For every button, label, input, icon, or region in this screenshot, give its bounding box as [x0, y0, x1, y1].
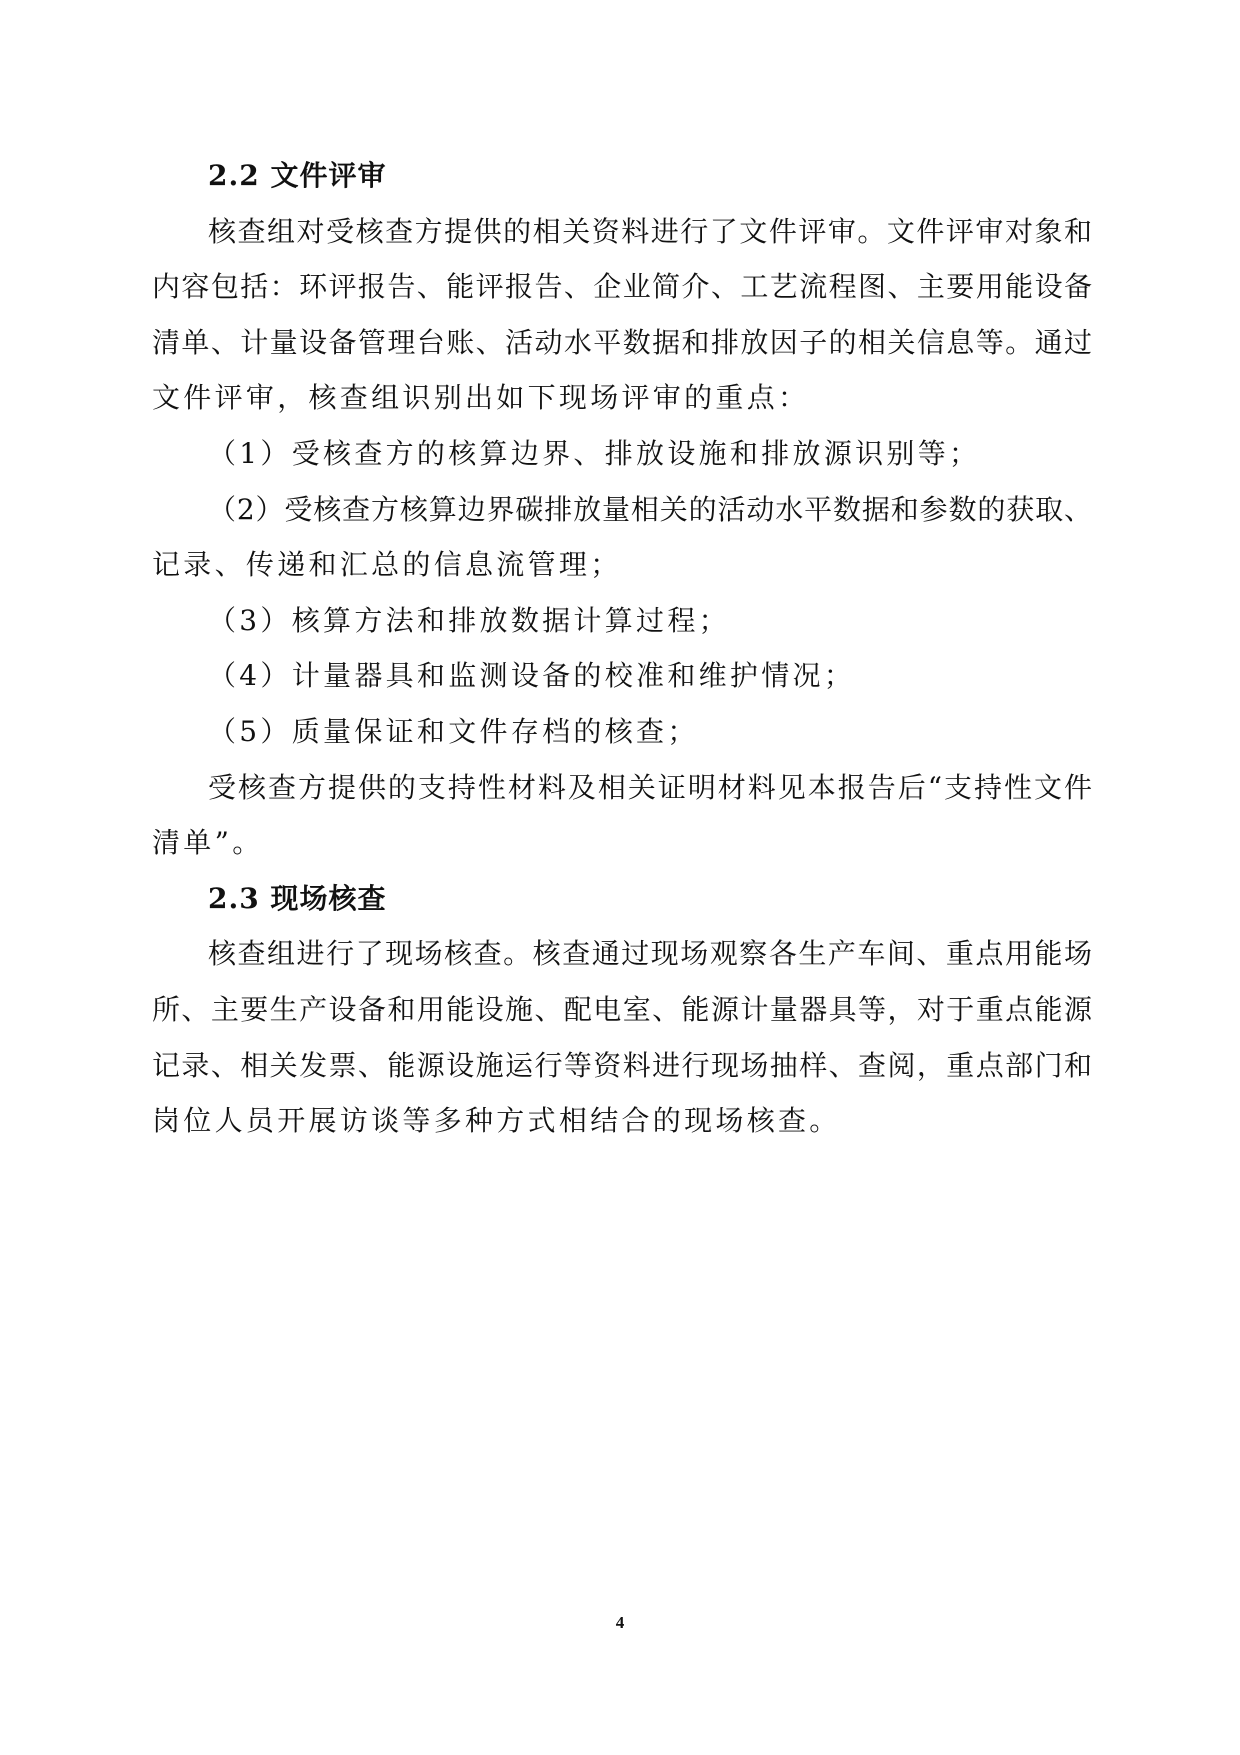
paragraph-line: 岗位人员开展访谈等多种方式相结合的现场核查。	[152, 1093, 1092, 1149]
section-heading-2-2: 2.2 文件评审	[152, 148, 1092, 204]
list-item-4: （4）计量器具和监测设备的校准和维护情况；	[152, 648, 1092, 704]
review-focus-list: （1）受核查方的核算边界、排放设施和排放源识别等； （2）受核查方核算边界碳排放…	[152, 426, 1092, 760]
paragraph-site-inspection: 核查组进行了现场核查。核查通过现场观察各生产车间、重点用能场 所、主要生产设备和…	[152, 926, 1092, 1148]
paragraph-line: 清单、计量设备管理台账、活动水平数据和排放因子的相关信息等。通过	[152, 315, 1092, 371]
paragraph-line: 所、主要生产设备和用能设施、配电室、能源计量器具等，对于重点能源	[152, 982, 1092, 1038]
paragraph-line: 清单”。	[152, 815, 1092, 871]
section-heading-2-3: 2.3 现场核查	[152, 871, 1092, 927]
paragraph-document-review: 核查组对受核查方提供的相关资料进行了文件评审。文件评审对象和 内容包括：环评报告…	[152, 204, 1092, 426]
paragraph-line: 文件评审，核查组识别出如下现场评审的重点：	[152, 370, 1092, 426]
list-item-5: （5）质量保证和文件存档的核查；	[152, 704, 1092, 760]
list-item-2-continued: 记录、传递和汇总的信息流管理；	[152, 537, 1092, 593]
list-item-1: （1）受核查方的核算边界、排放设施和排放源识别等；	[152, 426, 1092, 482]
paragraph-line: 内容包括：环评报告、能评报告、企业简介、工艺流程图、主要用能设备	[152, 259, 1092, 315]
page-number: 4	[0, 1613, 1240, 1633]
paragraph-line: 记录、相关发票、能源设施运行等资料进行现场抽样、查阅，重点部门和	[152, 1038, 1092, 1094]
paragraph-line: 核查组对受核查方提供的相关资料进行了文件评审。文件评审对象和	[152, 204, 1092, 260]
paragraph-line: 核查组进行了现场核查。核查通过现场观察各生产车间、重点用能场	[152, 926, 1092, 982]
list-item-3: （3）核算方法和排放数据计算过程；	[152, 593, 1092, 649]
list-item-2: （2）受核查方核算边界碳排放量相关的活动水平数据和参数的获取、	[152, 482, 1092, 538]
paragraph-line: 受核查方提供的支持性材料及相关证明材料见本报告后“支持性文件	[152, 760, 1092, 816]
document-page: 2.2 文件评审 核查组对受核查方提供的相关资料进行了文件评审。文件评审对象和 …	[152, 148, 1092, 1149]
paragraph-supporting-materials: 受核查方提供的支持性材料及相关证明材料见本报告后“支持性文件 清单”。	[152, 760, 1092, 871]
